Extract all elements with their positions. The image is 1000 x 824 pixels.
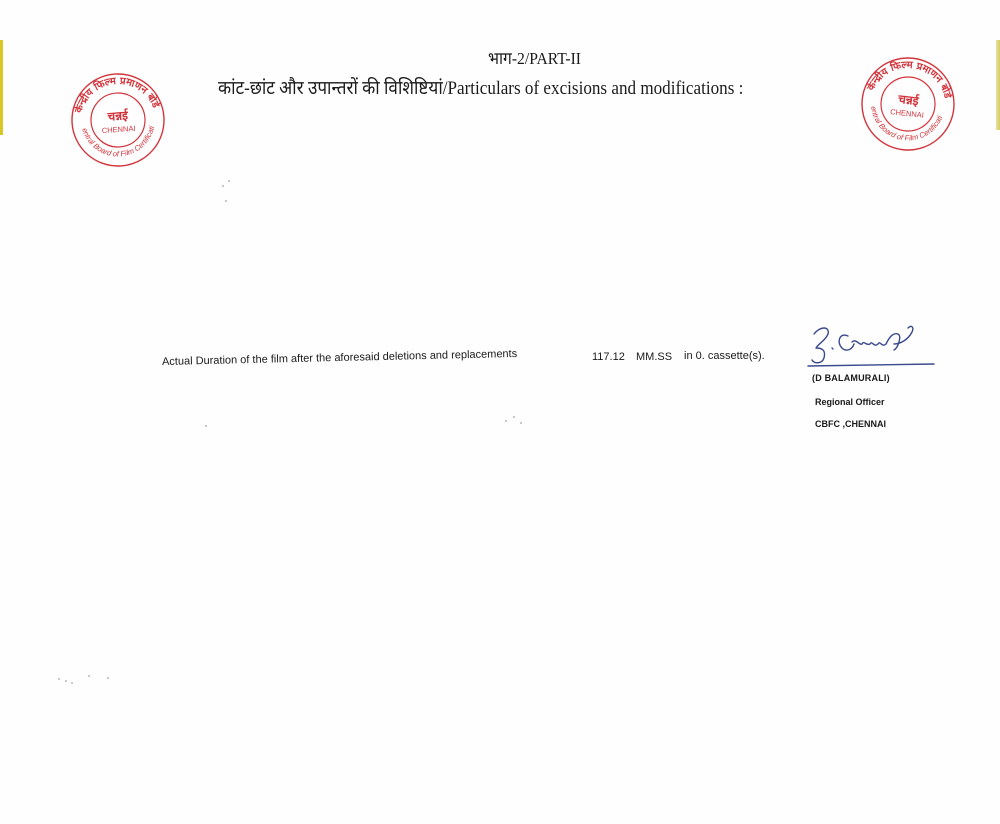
paper-edge-right bbox=[996, 40, 1000, 130]
officer-office: CBFC ,CHENNAI bbox=[815, 419, 886, 429]
scan-speck bbox=[513, 416, 515, 418]
scan-speck bbox=[225, 200, 227, 202]
scan-speck bbox=[58, 678, 60, 680]
scan-speck bbox=[71, 682, 73, 684]
duration-value: 117.12 bbox=[592, 351, 625, 363]
scan-speck bbox=[228, 180, 230, 182]
section-title: कांट-छांट और उपान्तरों की विशिष्टियां/Pa… bbox=[218, 74, 743, 100]
paper-edge-left bbox=[0, 40, 3, 135]
certificate-page-part-2: केन्द्रीय फिल्म प्रमाणन बोर्ड Central Bo… bbox=[0, 0, 1000, 824]
scan-speck bbox=[88, 675, 90, 677]
scan-speck bbox=[205, 425, 207, 427]
officer-name: (D BALAMURALI) bbox=[812, 373, 890, 383]
cassette-count-text: in 0. cassette(s). bbox=[684, 350, 765, 362]
part-label: भाग-2/PART-II bbox=[40, 46, 960, 69]
scan-speck bbox=[520, 422, 522, 424]
handwritten-signature-icon bbox=[800, 318, 940, 374]
svg-text:CHENNAI: CHENNAI bbox=[890, 107, 925, 119]
scan-speck bbox=[65, 680, 67, 682]
officer-title: Regional Officer bbox=[815, 397, 885, 407]
svg-text:चन्नई: चन्नई bbox=[106, 108, 129, 124]
duration-unit: MM.SS bbox=[636, 351, 672, 363]
scan-speck bbox=[505, 420, 507, 422]
scan-speck bbox=[107, 677, 109, 679]
scan-speck bbox=[222, 185, 224, 187]
duration-label: Actual Duration of the film after the af… bbox=[162, 348, 517, 368]
svg-text:चन्नई: चन्नई bbox=[897, 92, 921, 108]
cbfc-seal-icon-left: केन्द्रीय फिल्म प्रमाणन बोर्ड Central Bo… bbox=[65, 67, 172, 174]
svg-text:CHENNAI: CHENNAI bbox=[102, 124, 136, 135]
